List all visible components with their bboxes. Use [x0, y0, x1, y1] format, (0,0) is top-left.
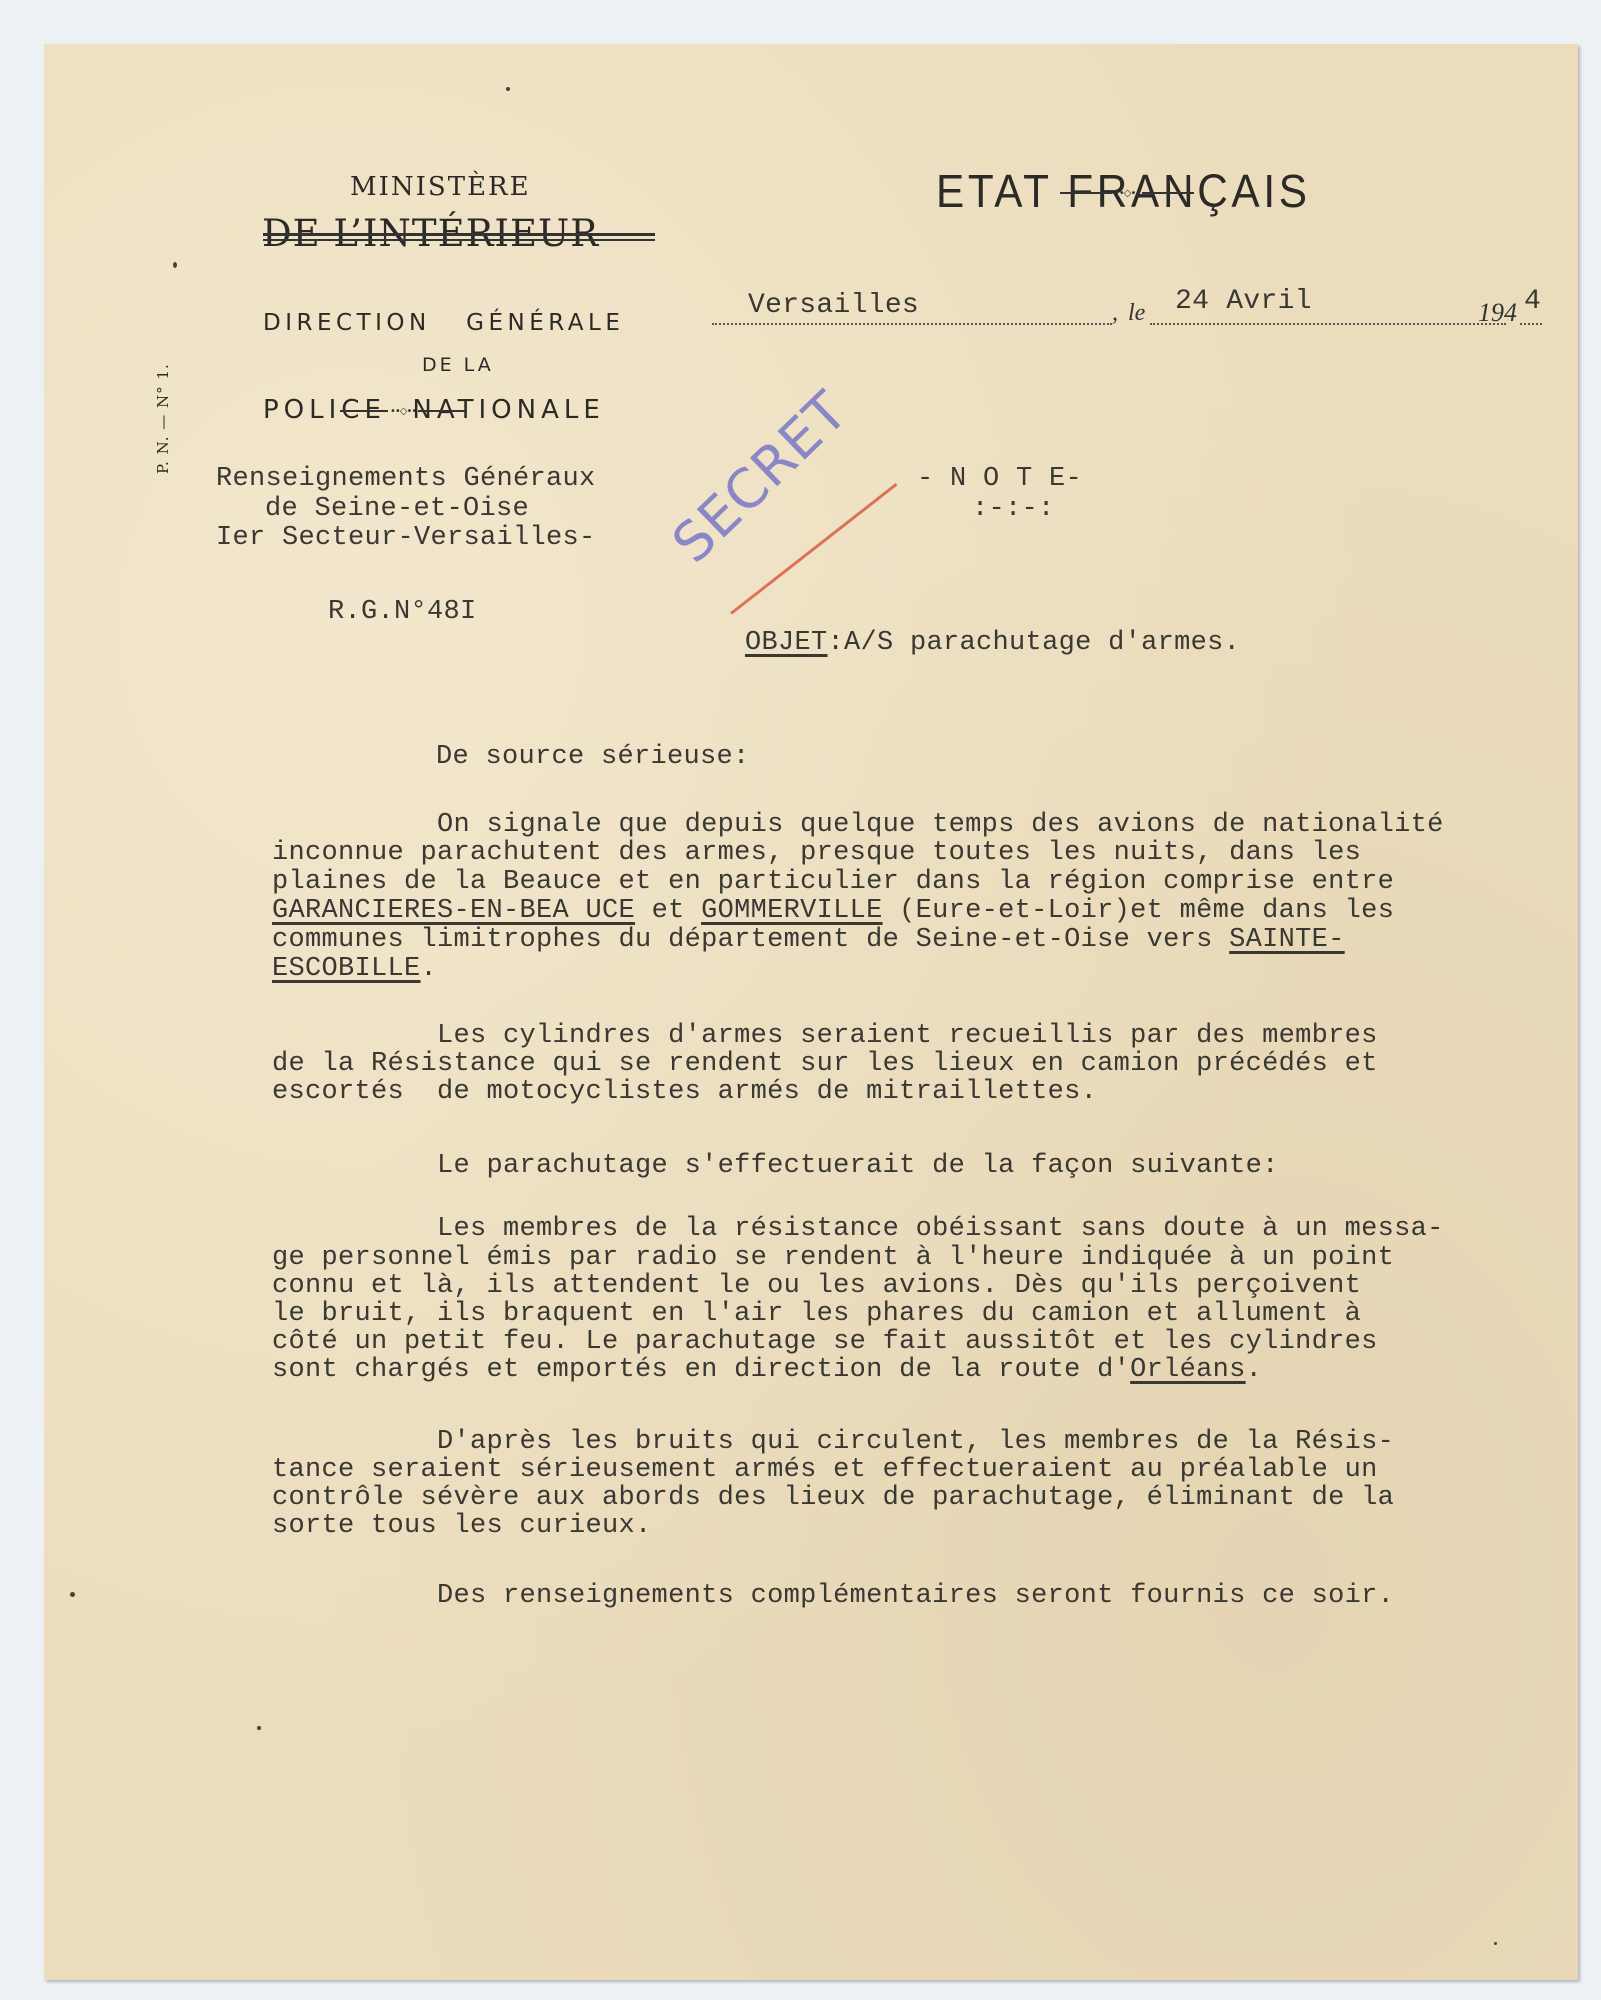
body-p5-line-1: D'après les bruits qui circulent, les me…: [272, 1427, 1394, 1457]
sender-line-1: Renseignements Généraux: [216, 464, 596, 494]
double-rule-top: [263, 233, 655, 236]
body-p6: Des renseignements complémentaires seron…: [272, 1581, 1394, 1611]
body-p4-line-1: Les membres de la résistance obéissant s…: [272, 1214, 1444, 1244]
body-p5-line-4: sorte tous les curieux.: [272, 1511, 652, 1541]
body-p4-line-2: ge personnel émis par radio se rendent à…: [272, 1243, 1394, 1273]
ministry-line-1: MINISTÈRE: [350, 172, 531, 202]
subject-label: OBJET: [745, 628, 828, 658]
ornament-glyph-icon: ••◇••: [388, 406, 418, 417]
text-period: .: [421, 954, 438, 984]
secret-stamp: SECRET: [660, 379, 860, 575]
place-orleans: Orléans: [1130, 1355, 1246, 1385]
body-p4-line-6: sont chargés et emportés en direction de…: [272, 1355, 1262, 1385]
date-year-suffix: 4: [1524, 286, 1541, 317]
double-rule-bottom: [263, 239, 655, 241]
place-sainte: SAINTE-: [1229, 925, 1345, 955]
subject-line: OBJET:A/S parachutage d'armes.: [745, 628, 1240, 658]
body-p2-line-1: Les cylindres d'armes seraient recueilli…: [272, 1021, 1378, 1051]
place-gommerville: GOMMERVILLE: [701, 896, 883, 926]
body-p2-line-3: escortés de motocyclistes armés de mitra…: [272, 1077, 1097, 1107]
document-page: MINISTÈRE DE L’INTÉRIEUR DIRECTION GÉNÉR…: [44, 44, 1578, 1980]
body-p1-line-4: GARANCIERES-EN-BEA UCE et GOMMERVILLE (E…: [272, 896, 1394, 926]
ornament-glyph-icon: ••◇••: [1112, 188, 1142, 199]
date-day-month: 24 Avril: [1175, 286, 1312, 317]
date-place: Versailles: [748, 290, 919, 321]
reference-number: R.G.N°48I: [328, 597, 477, 627]
body-p1-line-2: inconnue parachutent des armes, presque …: [272, 838, 1361, 868]
dotted-leader-place: [712, 323, 1112, 325]
date-separator: ,: [1112, 300, 1118, 327]
dotted-leader-year: [1520, 323, 1542, 325]
body-p2-line-2: de la Résistance qui se rendent sur les …: [272, 1049, 1378, 1079]
direction-line-1: DIRECTION GÉNÉRALE: [263, 310, 624, 336]
body-p4-line-3: connu et là, ils attendent le ou les avi…: [272, 1271, 1361, 1301]
body-p4-line-4: le bruit, ils braquent en l'air les phar…: [272, 1299, 1361, 1329]
sender-line-3: Ier Secteur-Versailles-: [216, 523, 596, 553]
text-communes: communes limitrophes du département de S…: [272, 925, 1229, 955]
ornament-divider-right: ••◇••: [1060, 186, 1194, 200]
body-p3: Le parachutage s'effectuerait de la faço…: [272, 1151, 1279, 1181]
date-le-label: le: [1128, 300, 1145, 327]
ornament-divider-left: ••◇••: [340, 404, 466, 418]
place-escobille: ESCOBILLE: [272, 954, 421, 984]
dotted-leader-date: [1150, 323, 1506, 325]
body-p1-line-3: plaines de la Beauce et en particulier d…: [272, 867, 1394, 897]
text-sont-charges: sont chargés et emportés en direction de…: [272, 1355, 1130, 1385]
text-period: .: [1246, 1355, 1263, 1385]
subject-text: A/S parachutage d'armes.: [844, 628, 1240, 658]
subject-separator: :: [828, 628, 845, 658]
text-et: et: [635, 896, 701, 926]
body-source-intro: De source sérieuse:: [436, 742, 750, 772]
body-p1-line-1: On signale que depuis quelque temps des …: [272, 810, 1444, 840]
place-garancieres: GARANCIERES-EN-BEA UCE: [272, 896, 635, 926]
body-p5-line-2: tance seraient sérieusement armés et eff…: [272, 1455, 1378, 1485]
text-rest: (Eure-et-Loir)et même dans les: [883, 896, 1395, 926]
body-p5-line-3: contrôle sévère aux abords des lieux de …: [272, 1483, 1394, 1513]
body-p4-line-5: côté un petit feu. Le parachutage se fai…: [272, 1327, 1378, 1357]
direction-line-2: DE LA: [422, 354, 494, 376]
body-p1-line-5: communes limitrophes du département de S…: [272, 925, 1345, 955]
note-subtitle: :-:-:: [972, 494, 1055, 524]
sender-line-2: de Seine-et-Oise: [265, 494, 529, 524]
body-p1-line-6: ESCOBILLE.: [272, 954, 437, 984]
form-code: P. N. — N° 1.: [154, 363, 172, 474]
note-title: - N O T E-: [917, 464, 1082, 494]
date-year-prefix: 194: [1478, 298, 1517, 328]
